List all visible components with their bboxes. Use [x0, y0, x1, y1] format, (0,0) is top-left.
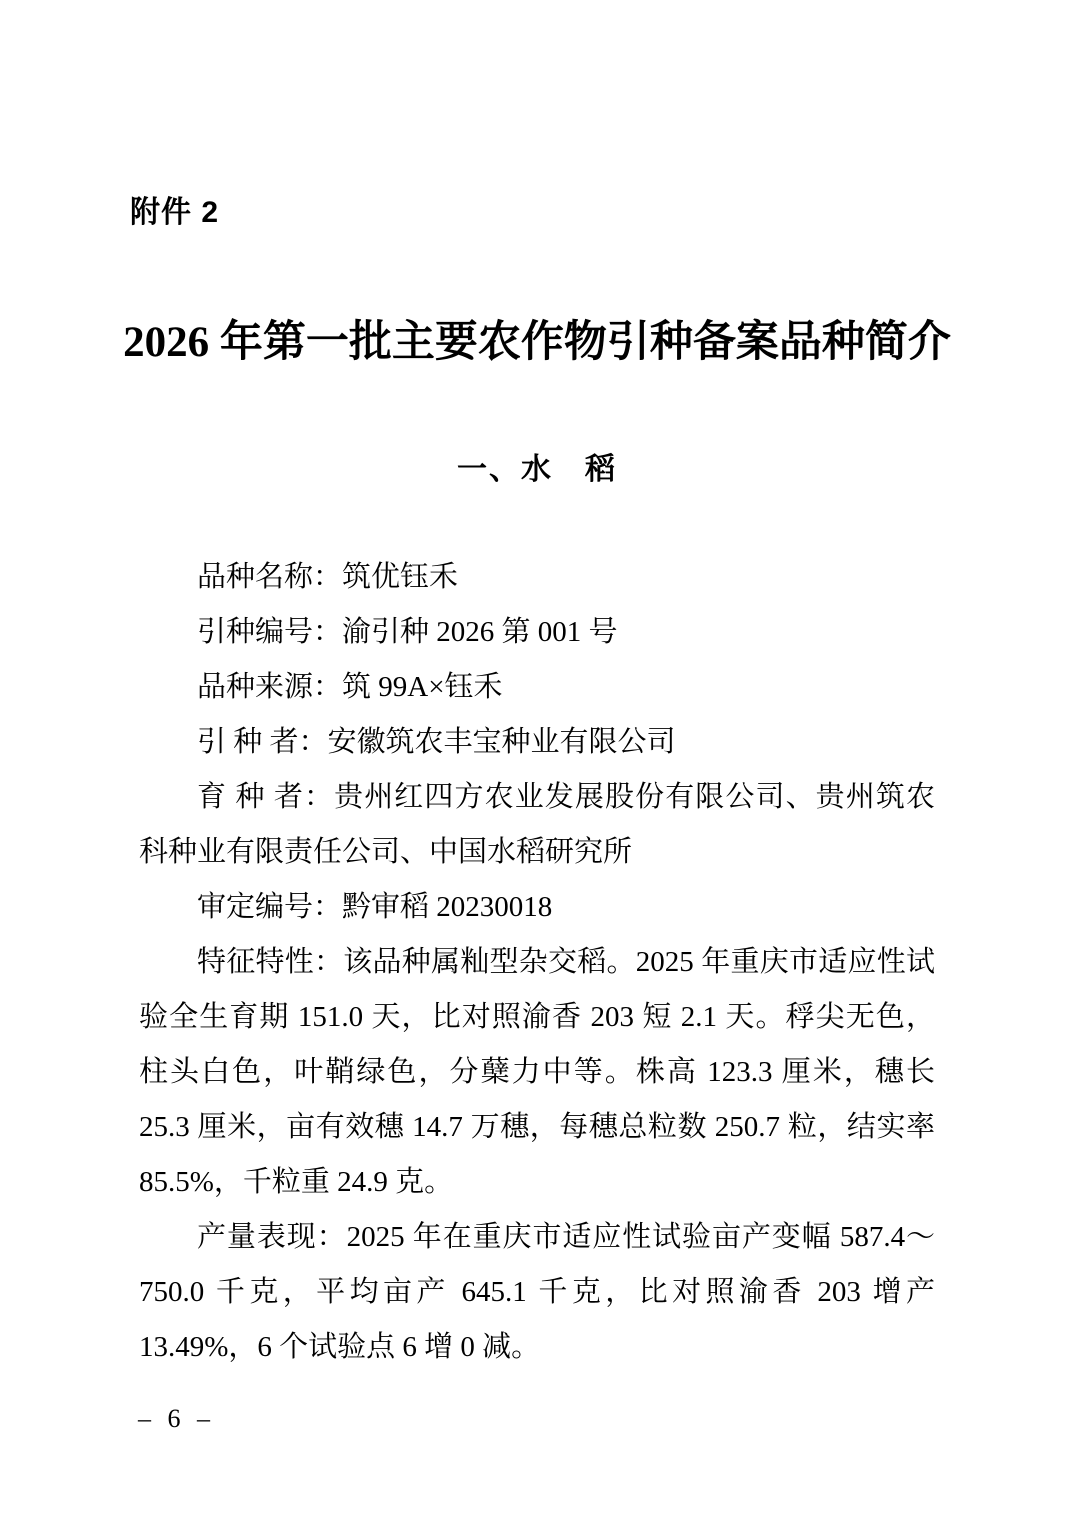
paragraph-characteristics: 特征特性：该品种属籼型杂交稻。2025 年重庆市适应性试验全生育期 151.0 …	[139, 935, 935, 1210]
paragraph-introducer: 引 种 者：安徽筑农丰宝种业有限公司	[139, 715, 935, 770]
paragraph-variety-source: 品种来源：筑 99A×钰禾	[139, 660, 935, 715]
document-body: 品种名称：筑优钰禾 引种编号：渝引种 2026 第 001 号 品种来源：筑 9…	[139, 550, 935, 1375]
paragraph-introduction-number: 引种编号：渝引种 2026 第 001 号	[139, 605, 935, 660]
paragraph-variety-name: 品种名称：筑优钰禾	[139, 550, 935, 605]
document-page: 附件 2 2026 年第一批主要农作物引种备案品种简介 一、水 稻 品种名称：筑…	[0, 0, 1074, 1520]
attachment-label: 附件 2	[130, 194, 219, 232]
paragraph-yield-performance: 产量表现：2025 年在重庆市适应性试验亩产变幅 587.4～750.0 千克，…	[139, 1210, 935, 1375]
paragraph-approval-number: 审定编号：黔审稻 20230018	[139, 880, 935, 935]
page-number: – 6 –	[138, 1404, 215, 1434]
paragraph-breeder: 育 种 者：贵州红四方农业发展股份有限公司、贵州筑农科种业有限责任公司、中国水稻…	[139, 770, 935, 880]
section-heading-rice: 一、水 稻	[0, 450, 1074, 490]
document-title: 2026 年第一批主要农作物引种备案品种简介	[0, 312, 1074, 374]
